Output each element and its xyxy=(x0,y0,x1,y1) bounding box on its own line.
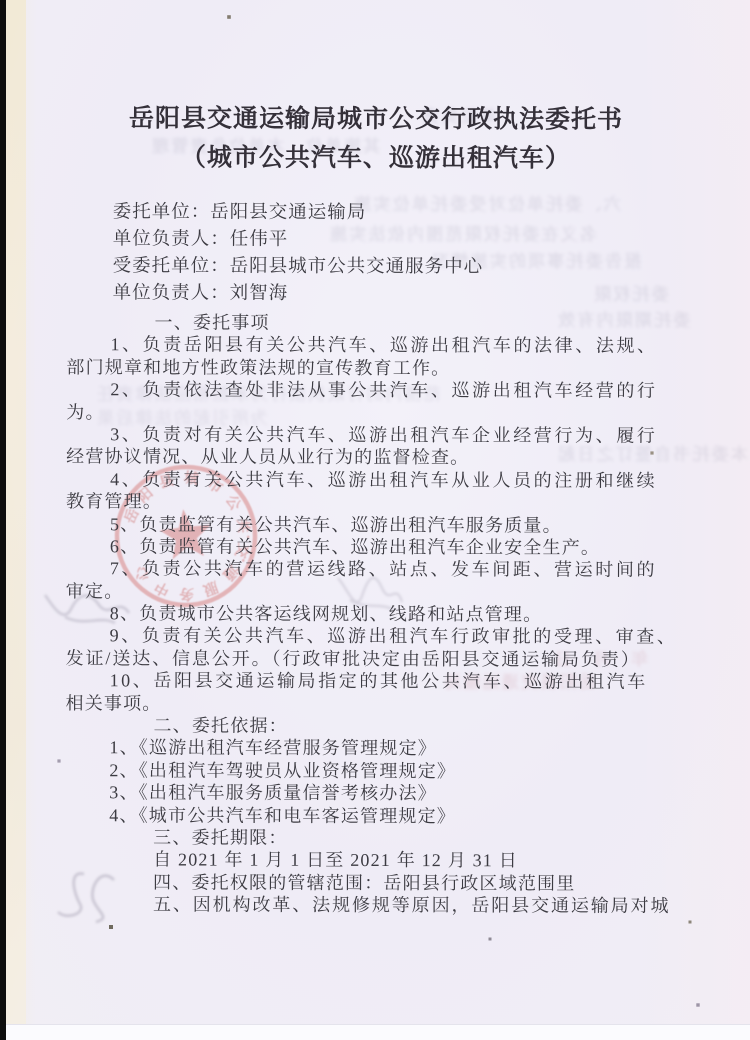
body-line: 7、负责公共汽车的营运线路、站点、发车间距、营运时间的 xyxy=(66,557,672,581)
body-line: 1、负责岳阳县有关公共汽车、巡游出租汽车的法律、法规、 xyxy=(66,334,672,358)
delegating-unit-line: 委托单位：岳阳县交通运输局 xyxy=(113,199,484,227)
body-line: 4、负责有关公共汽车、巡游出租汽车从业人员的注册和继续 xyxy=(66,468,672,492)
unit-head-line: 单位负责人：任伟平 xyxy=(113,226,484,254)
body-line: 1、《巡游出租汽车经营服务管理规定》 xyxy=(65,737,671,761)
document-title: 岳阳县交通运输局城市公交行政执法委托书 （城市公共汽车、巡游出租汽车） xyxy=(31,99,721,179)
doc-title-line1: 岳阳县交通运输局城市公交行政执法委托书 xyxy=(31,99,721,140)
body-line: 部门规章和地方性政策法规的宣传教育工作。 xyxy=(66,356,672,380)
document-body: 一、委托事项 1、负责岳阳县有关公共汽车、巡游出租汽车的法律、法规、 部门规章和… xyxy=(65,311,673,917)
body-line: 教育管理。 xyxy=(66,490,672,514)
scan-specks xyxy=(0,0,2,2)
doc-title-line2: （城市公共汽车、巡游出租汽车） xyxy=(31,138,721,179)
body-line: 四、委托权限的管辖范围：岳阳县行政区域范围里 xyxy=(65,871,671,895)
document-content: 岳阳县交通运输局城市公交行政执法委托书 （城市公共汽车、巡游出租汽车） 委托单位… xyxy=(0,0,750,1040)
body-line: 审定。 xyxy=(66,580,672,604)
body-line: 五、因机构改革、法规修规等原因，岳阳县交通运输局对城 xyxy=(65,893,671,917)
body-line: 9、负责有关公共汽车、巡游出租汽车行政审批的受理、审查、 xyxy=(66,625,672,649)
delegated-head-line: 单位负责人：刘智海 xyxy=(113,280,484,308)
body-line: 自 2021 年 1 月 1 日至 2021 年 12 月 31 日 xyxy=(65,849,671,873)
body-line: 三、委托期限： xyxy=(65,826,671,850)
body-line: 发证/送达、信息公开。（行政审批决定由岳阳县交通运输局负责） xyxy=(66,647,672,671)
body-line: 相关事项。 xyxy=(65,692,671,716)
scanned-document-screenshot: { "page": { "kind": "scanned paper docum… xyxy=(0,0,750,1040)
parties-block: 委托单位：岳阳县交通运输局 单位负责人：任伟平 受委托单位：岳阳县城市公共交通服… xyxy=(113,199,484,308)
delegated-unit-line: 受委托单位：岳阳县城市公共交通服务中心 xyxy=(113,253,484,281)
body-line: 6、负责监管有关公共汽车、巡游出租汽车企业安全生产。 xyxy=(66,535,672,559)
body-line: 经营协议情况、从业人员从业行为的监督检查。 xyxy=(66,446,672,470)
body-line: 2、《出租汽车驾驶员从业资格管理规定》 xyxy=(65,759,671,783)
body-line: 5、负责监管有关公共汽车、巡游出租汽车服务质量。 xyxy=(66,513,672,537)
body-line: 4、《城市公共汽车和电车客运管理规定》 xyxy=(65,804,671,828)
body-line: 2、负责依法查处非法从事公共汽车、巡游出租汽车经营的行 xyxy=(66,378,672,402)
scan-bottom-strip xyxy=(6,1024,750,1040)
body-line: 一、委托事项 xyxy=(66,311,672,335)
body-line: 8、负责城市公共客运线网规划、线路和站点管理。 xyxy=(66,602,672,626)
body-line: 为。 xyxy=(66,401,672,425)
body-line: 10、岳阳县交通运输局指定的其他公共汽车、巡游出租汽车 xyxy=(66,669,672,693)
body-line: 3、负责对有关公共汽车、巡游出租汽车企业经营行为、履行 xyxy=(66,423,672,447)
body-line: 二、委托依据： xyxy=(65,714,671,738)
body-line: 3、《出租汽车服务质量信誉考核办法》 xyxy=(65,781,671,805)
